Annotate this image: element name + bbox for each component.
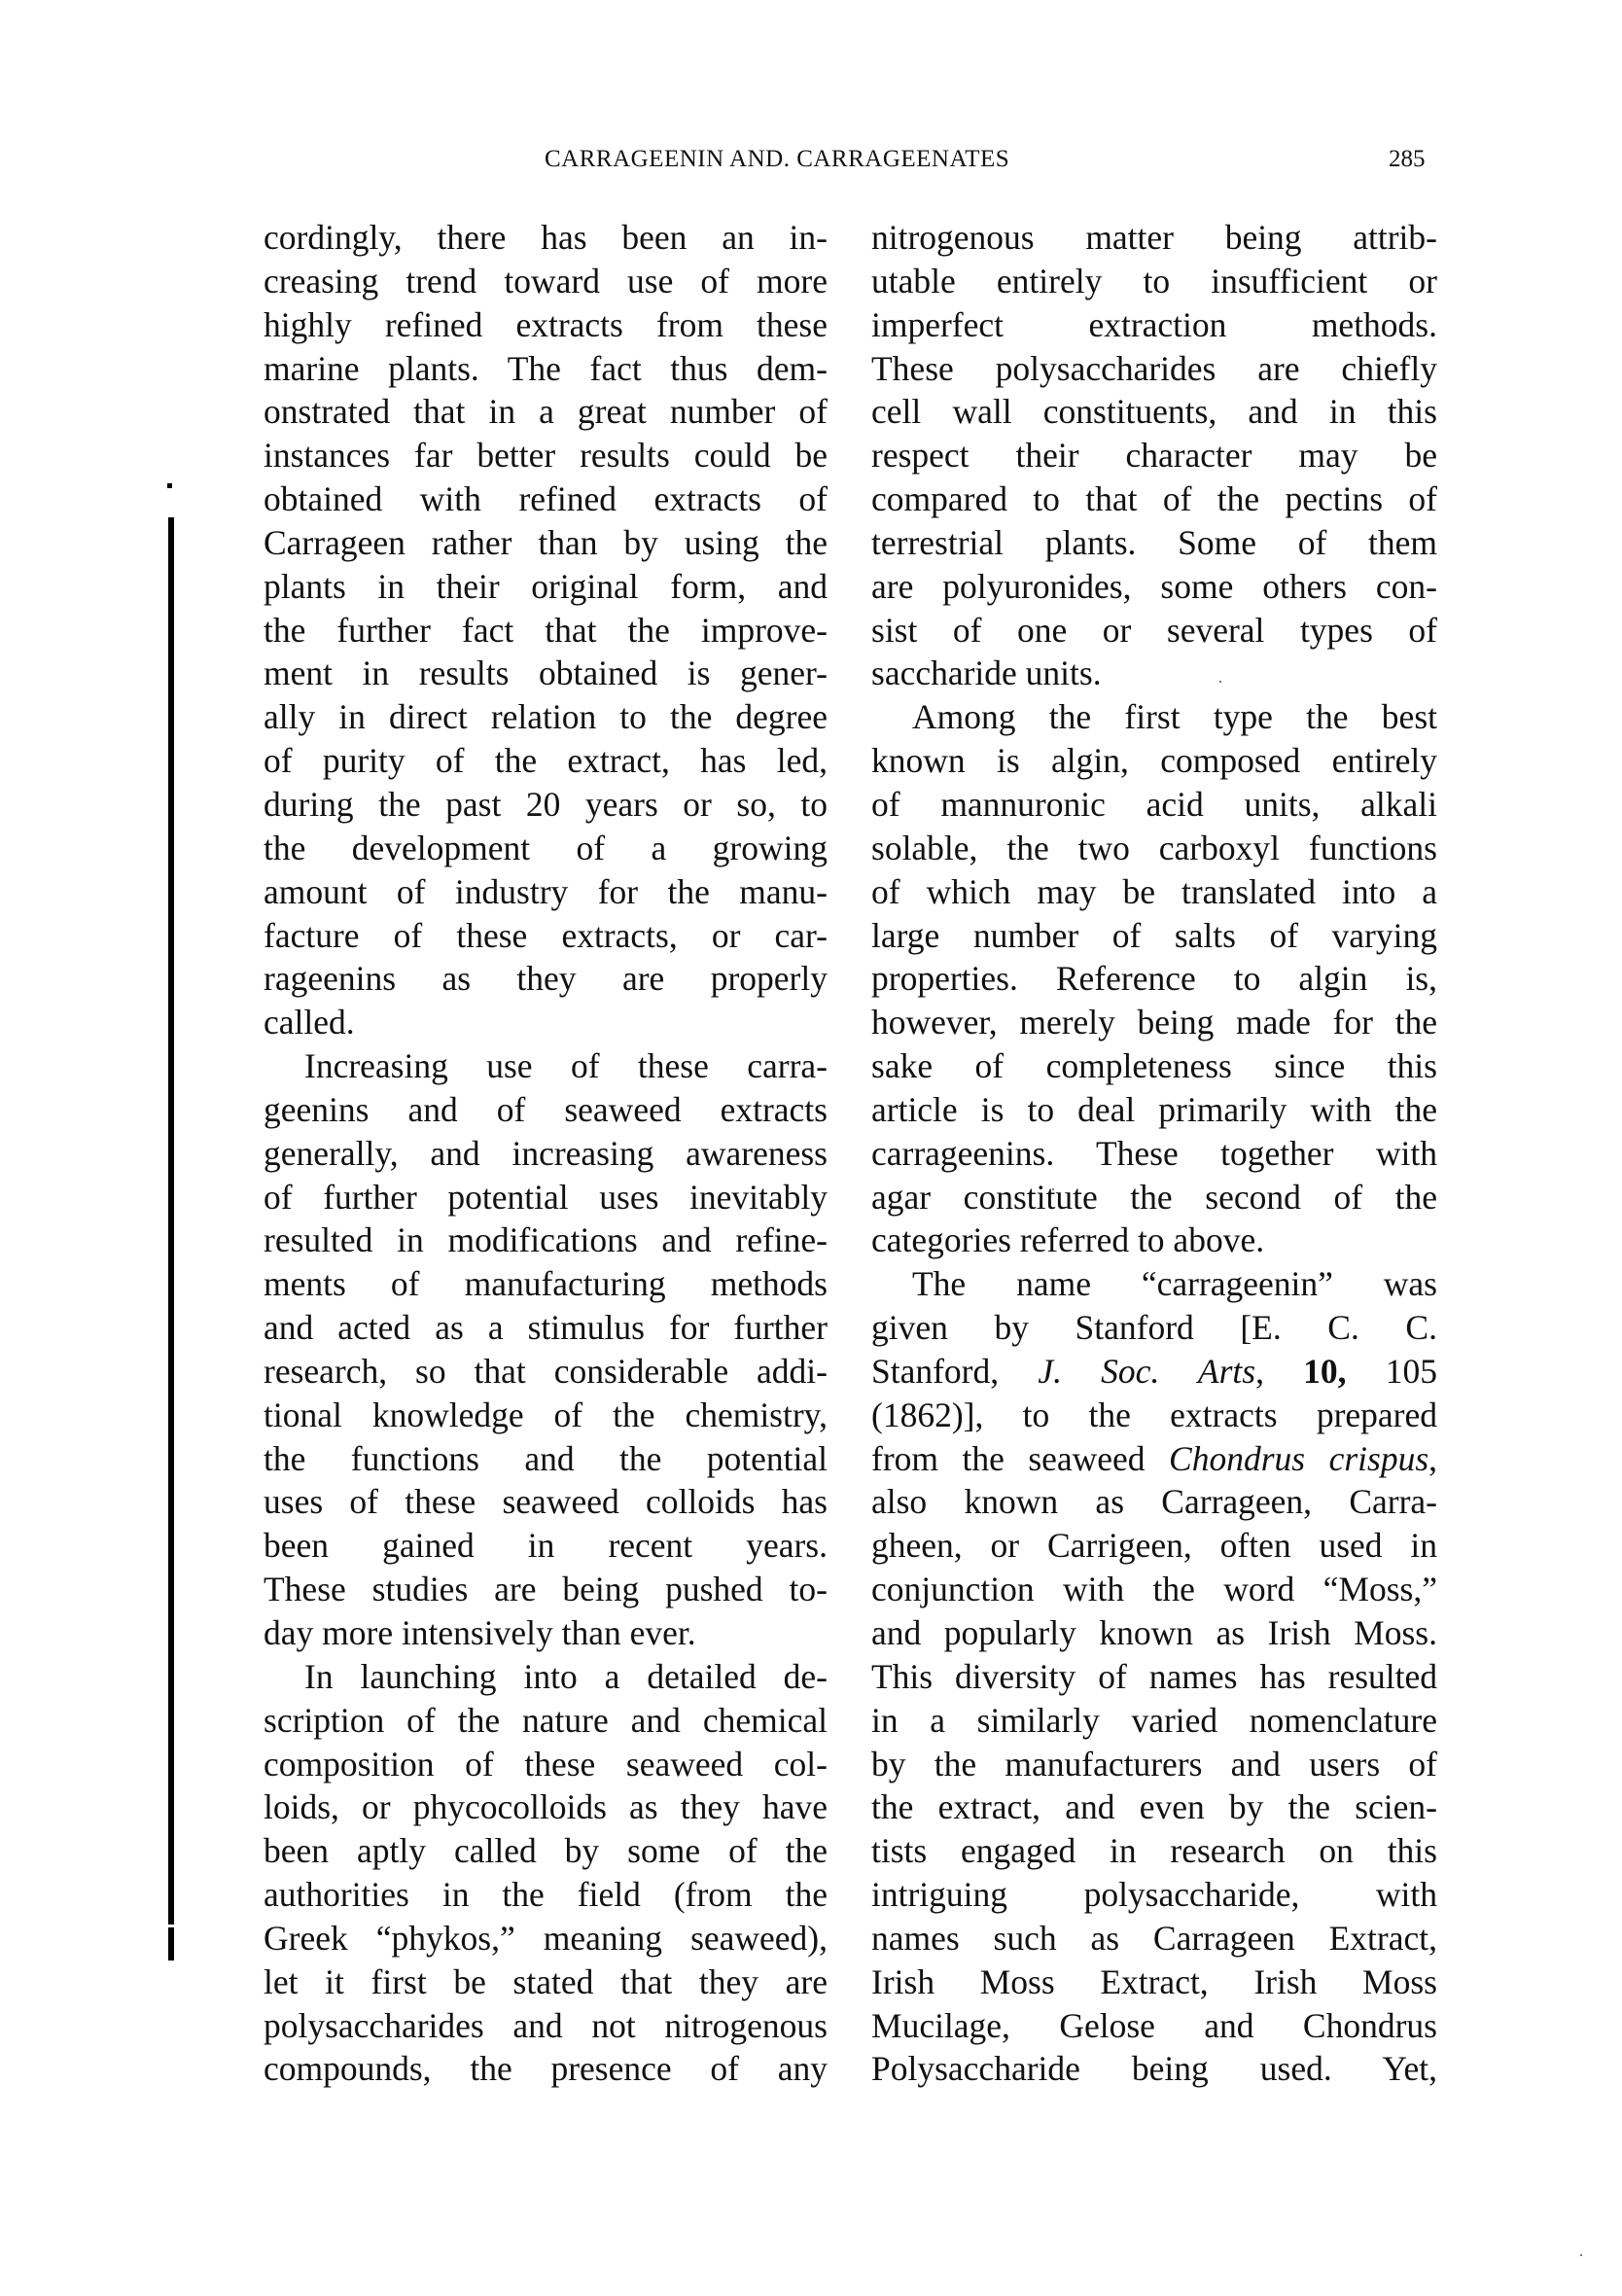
text-line: day more intensively than ever. xyxy=(264,1611,828,1655)
text-line: compounds, the presence of any xyxy=(264,2047,828,2091)
text-line: during the past 20 years or so, to xyxy=(264,783,828,827)
text-line: the development of a growing xyxy=(264,827,828,870)
text-line: ment in results obtained is gener- xyxy=(264,652,828,695)
text-line: saccharide units. xyxy=(871,652,1437,695)
text-line: Carrageen rather than by using the xyxy=(264,521,828,565)
text-line: ally in direct relation to the degree xyxy=(264,695,828,739)
text-line: plants in their original form, and xyxy=(264,565,828,609)
text-line: carrageenins. These together with xyxy=(871,1132,1437,1176)
text-line: and popularly known as Irish Moss. xyxy=(871,1611,1437,1655)
scanned-page: CARRAGEENIN AND. CARRAGEENATES 285 cordi… xyxy=(0,0,1622,2296)
text-line: Greek “phykos,” meaning seaweed), xyxy=(264,1917,828,1960)
text-line: (1862)], to the extracts prepared xyxy=(871,1394,1437,1437)
text-line: of which may be translated into a xyxy=(871,870,1437,914)
text-line: Irish Moss Extract, Irish Moss xyxy=(871,1960,1437,2004)
text-line: composition of these seaweed col- xyxy=(264,1743,828,1786)
text-line: tional knowledge of the chemistry, xyxy=(264,1394,828,1437)
text-line: rageenins as they are properly xyxy=(264,957,828,1001)
text-line: polysaccharides and not nitrogenous xyxy=(264,2004,828,2048)
text-line: This diversity of names has resulted xyxy=(871,1655,1437,1699)
running-head: CARRAGEENIN AND. CARRAGEENATES 285 xyxy=(0,146,1622,185)
text-line: utable entirely to insufficient or xyxy=(871,260,1437,303)
text-line: amount of industry for the manu- xyxy=(264,870,828,914)
text-line: conjunction with the word “Moss,” xyxy=(871,1568,1437,1611)
text-line: intriguing polysaccharide, with xyxy=(871,1873,1437,1917)
text-line: names such as Carrageen Extract, xyxy=(871,1917,1437,1960)
text-segment: from the seaweed xyxy=(871,1439,1169,1478)
page-number: 285 xyxy=(1389,146,1426,173)
text-line: loids, or phycocolloids as they have xyxy=(264,1785,828,1829)
running-title: CARRAGEENIN AND. CARRAGEENATES xyxy=(545,146,1009,173)
text-line: geenins and of seaweed extracts xyxy=(264,1088,828,1132)
text-line: imperfect extraction methods. xyxy=(871,303,1437,347)
text-line: cell wall constituents, and in this xyxy=(871,390,1437,434)
text-line: creasing trend toward use of more xyxy=(264,260,828,303)
text-line: authorities in the field (from the xyxy=(264,1873,828,1917)
text-line: let it first be stated that they are xyxy=(264,1960,828,2004)
text-line: by the manufacturers and users of xyxy=(871,1743,1437,1786)
text-line: the functions and the potential xyxy=(264,1437,828,1481)
text-segment: 105 xyxy=(1347,1352,1437,1391)
text-line: instances far better results could be xyxy=(264,434,828,477)
text-line: generally, and increasing awareness xyxy=(264,1132,828,1176)
text-line: obtained with refined extracts of xyxy=(264,477,828,521)
text-line: The name “carrageenin” was xyxy=(871,1262,1437,1306)
margin-bar xyxy=(168,1927,174,1960)
text-segment: Stanford, xyxy=(871,1352,1038,1391)
text-line: called. xyxy=(264,1001,828,1044)
text-line: sake of completeness since this xyxy=(871,1044,1437,1088)
text-segment: J. Soc. Arts xyxy=(1038,1352,1255,1391)
text-line: large number of salts of varying xyxy=(871,914,1437,958)
text-line: ments of manufacturing methods xyxy=(264,1262,828,1306)
text-line: properties. Reference to algin is, xyxy=(871,957,1437,1001)
text-segment: , xyxy=(1428,1439,1437,1478)
margin-bar xyxy=(168,517,174,1925)
text-line: agar constitute the second of the xyxy=(871,1176,1437,1219)
text-segment: Chondrus crispus xyxy=(1169,1439,1428,1478)
text-line: from the seaweed Chondrus crispus, xyxy=(871,1437,1437,1481)
text-line: Among the first type the best xyxy=(871,695,1437,739)
text-line: nitrogenous matter being attrib- xyxy=(871,216,1437,260)
text-line: sist of one or several types of xyxy=(871,609,1437,653)
text-segment: , xyxy=(1255,1352,1303,1391)
text-line: the extract, and even by the scien- xyxy=(871,1785,1437,1829)
text-line: known is algin, composed entirely xyxy=(871,739,1437,783)
text-line: resulted in modifications and refine- xyxy=(264,1219,828,1262)
text-line: are polyuronides, some others con- xyxy=(871,565,1437,609)
text-line: Polysaccharide being used. Yet, xyxy=(871,2047,1437,2091)
scan-speck xyxy=(1052,1188,1054,1190)
text-line: of mannuronic acid units, alkali xyxy=(871,783,1437,827)
scan-speck xyxy=(1580,2254,1582,2256)
text-line: In launching into a detailed de- xyxy=(264,1655,828,1699)
text-line: solable, the two carboxyl functions xyxy=(871,827,1437,870)
text-line: These polysaccharides are chiefly xyxy=(871,347,1437,391)
text-line: scription of the nature and chemical xyxy=(264,1699,828,1743)
text-line: These studies are being pushed to- xyxy=(264,1568,828,1611)
text-line: compared to that of the pectins of xyxy=(871,477,1437,521)
text-line: the further fact that the improve- xyxy=(264,609,828,653)
text-line: onstrated that in a great number of xyxy=(264,390,828,434)
text-line: respect their character may be xyxy=(871,434,1437,477)
text-line: Increasing use of these carra- xyxy=(264,1044,828,1088)
text-line: however, merely being made for the xyxy=(871,1001,1437,1044)
text-line: cordingly, there has been an in- xyxy=(264,216,828,260)
text-line: in a similarly varied nomenclature xyxy=(871,1699,1437,1743)
text-line: tists engaged in research on this xyxy=(871,1829,1437,1873)
text-line: Mucilage, Gelose and Chondrus xyxy=(871,2004,1437,2048)
text-line: of further potential uses inevitably xyxy=(264,1176,828,1219)
text-line: been aptly called by some of the xyxy=(264,1829,828,1873)
left-text-column: cordingly, there has been an in-creasing… xyxy=(264,216,828,2091)
text-line: facture of these extracts, or car- xyxy=(264,914,828,958)
text-line: been gained in recent years. xyxy=(264,1524,828,1568)
right-text-column: nitrogenous matter being attrib-utable e… xyxy=(871,216,1437,2091)
text-line: also known as Carrageen, Carra- xyxy=(871,1480,1437,1524)
text-line: marine plants. The fact thus dem- xyxy=(264,347,828,391)
text-line: given by Stanford [E. C. C. xyxy=(871,1306,1437,1350)
text-line: research, so that considerable addi- xyxy=(264,1350,828,1394)
scan-speck xyxy=(1219,681,1221,683)
text-line: Stanford, J. Soc. Arts, 10, 105 xyxy=(871,1350,1437,1394)
text-line: categories referred to above. xyxy=(871,1219,1437,1262)
text-line: uses of these seaweed colloids has xyxy=(264,1480,828,1524)
margin-dot-mark xyxy=(167,483,172,488)
text-line: article is to deal primarily with the xyxy=(871,1088,1437,1132)
text-segment: 10, xyxy=(1303,1352,1346,1391)
text-line: highly refined extracts from these xyxy=(264,303,828,347)
text-line: gheen, or Carrigeen, often used in xyxy=(871,1524,1437,1568)
text-line: of purity of the extract, has led, xyxy=(264,739,828,783)
text-line: and acted as a stimulus for further xyxy=(264,1306,828,1350)
text-line: terrestrial plants. Some of them xyxy=(871,521,1437,565)
